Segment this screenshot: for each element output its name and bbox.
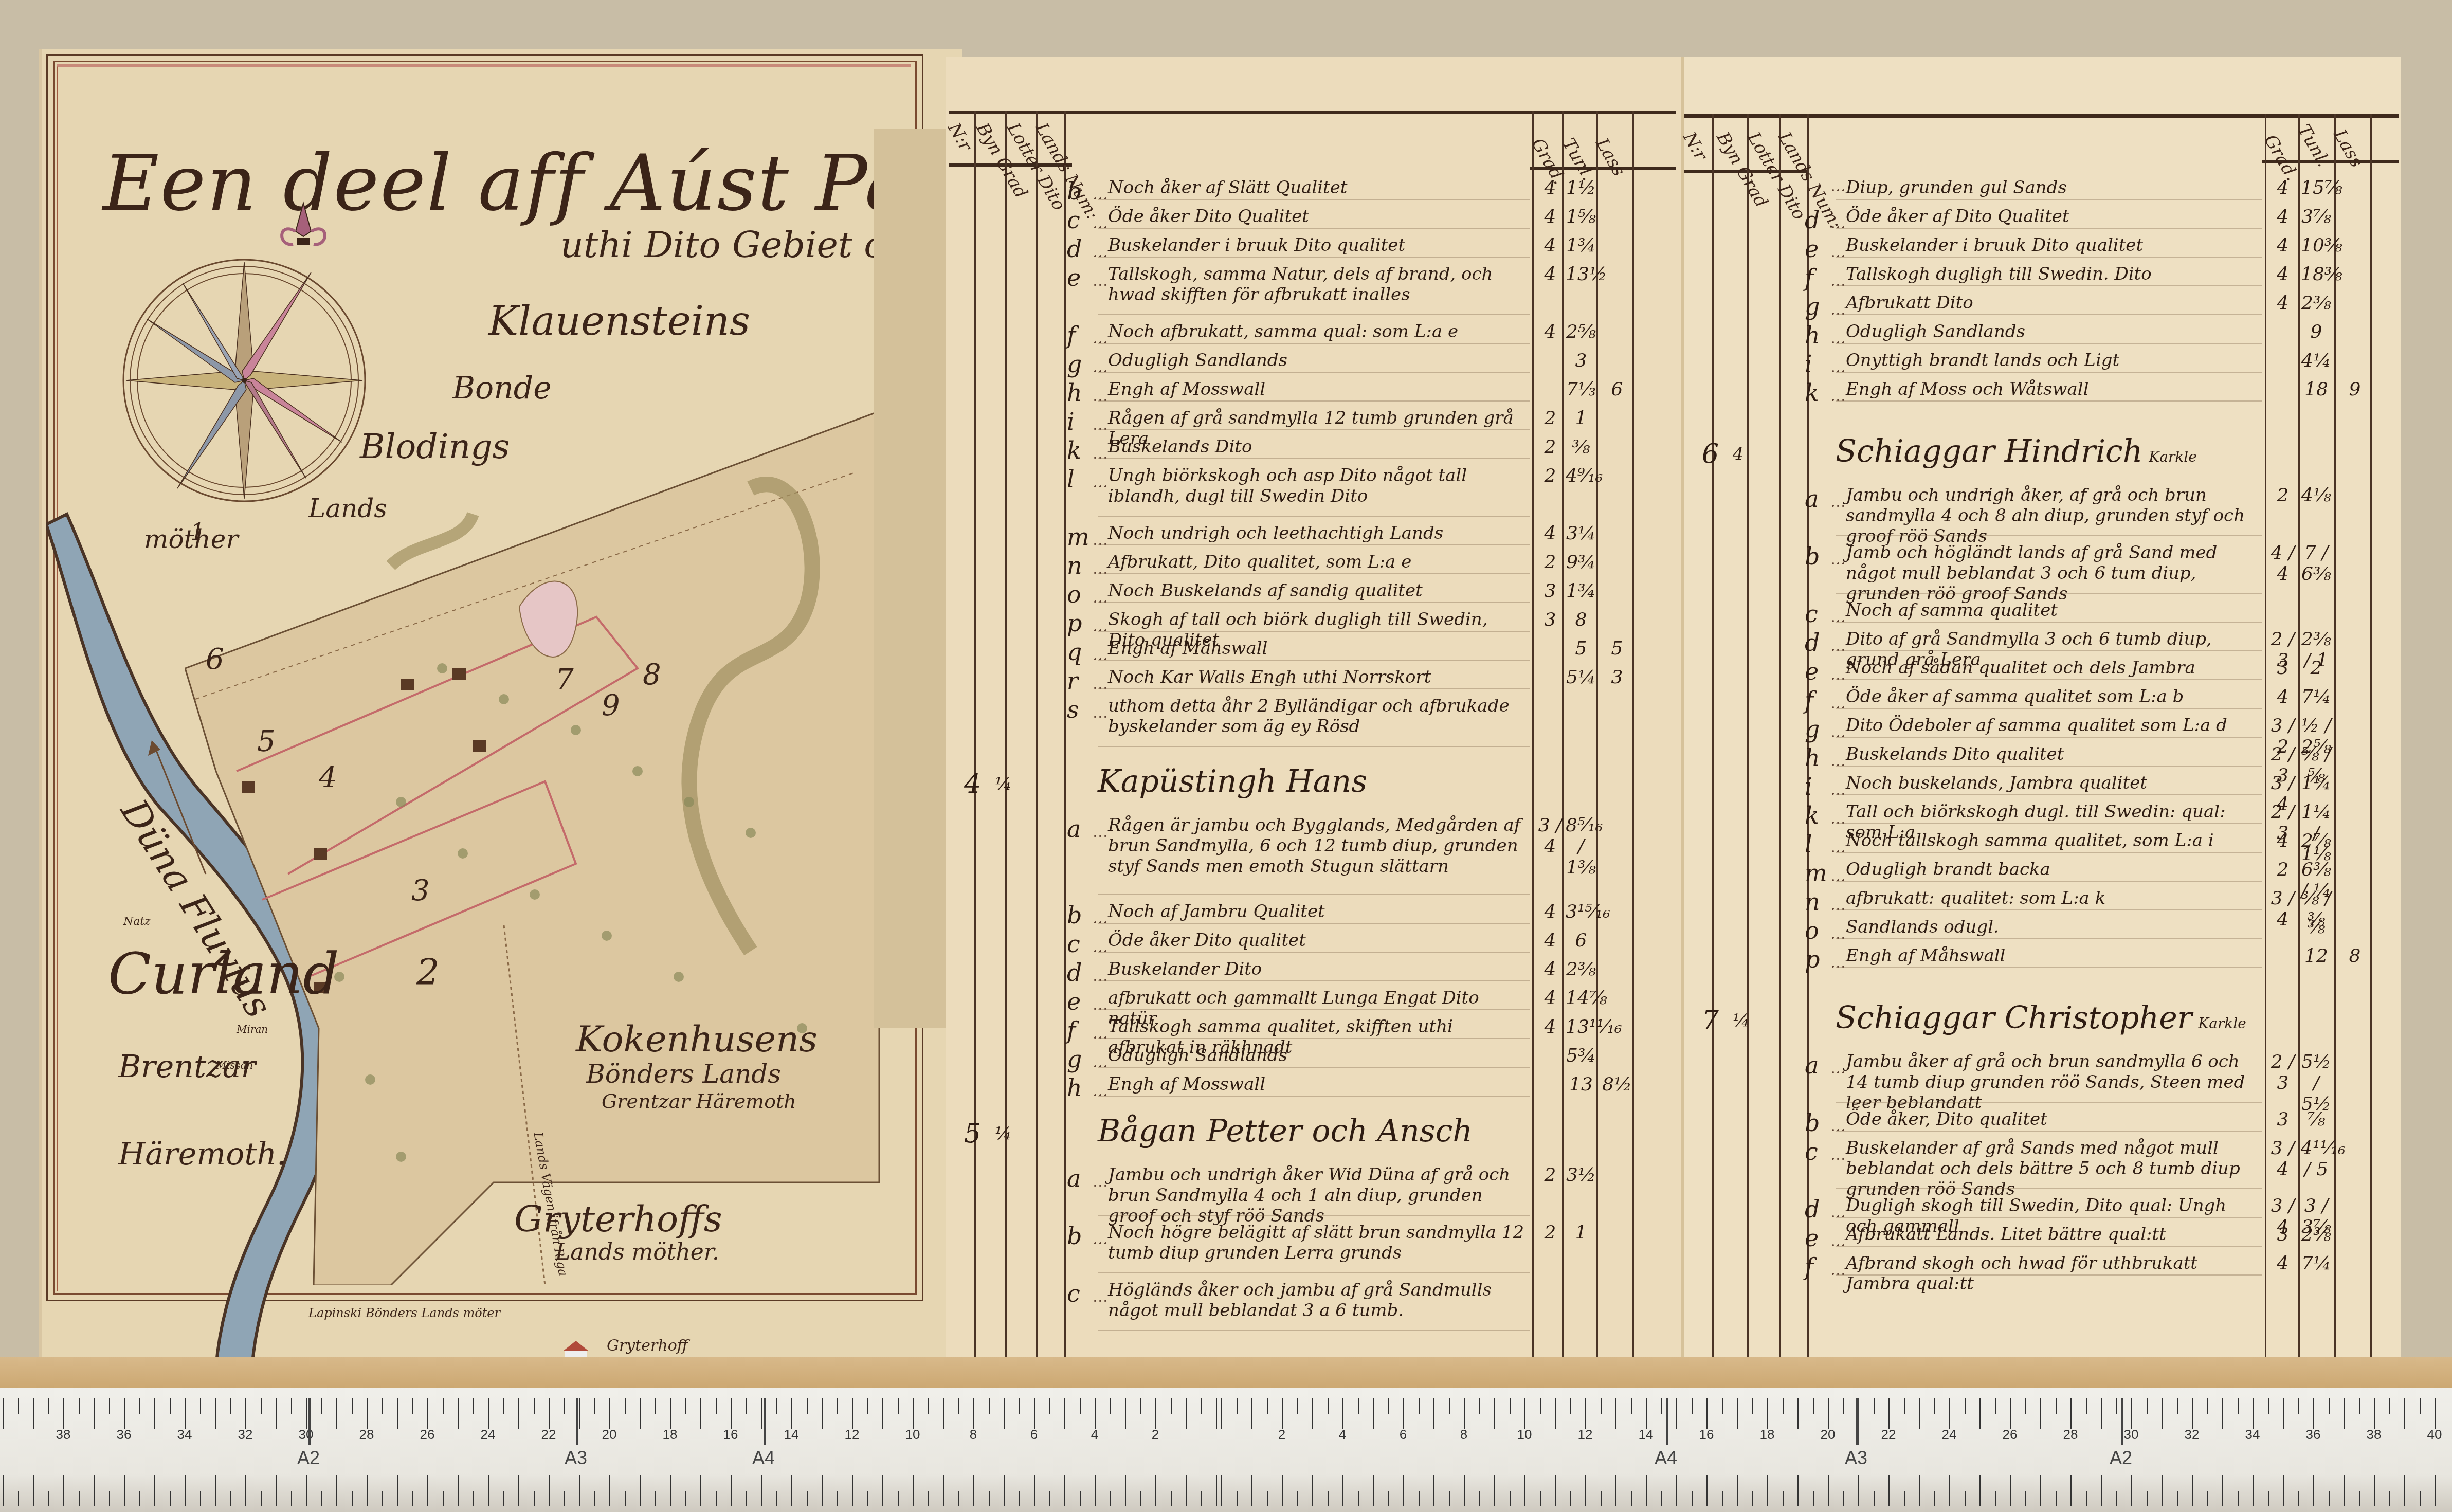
ruler-tick bbox=[79, 1491, 80, 1506]
paper-size-mark: A2 bbox=[2110, 1447, 2132, 1469]
parcel-letter: a bbox=[1067, 815, 1093, 843]
parcel-letter: c bbox=[1805, 600, 1830, 628]
ruler-tick bbox=[2420, 1491, 2421, 1506]
parcel-description: Sandlands odugl. bbox=[1846, 917, 1999, 937]
ruler-number: 22 bbox=[1881, 1427, 1896, 1443]
parcel-letter: h bbox=[1067, 379, 1093, 407]
ruler-number: 24 bbox=[1942, 1427, 1957, 1443]
ruler-tick bbox=[2056, 1398, 2057, 1414]
parcel-description: Noch af sådan qualitet och dels Jambra bbox=[1846, 658, 2195, 678]
parcel-description: Engh af Mosswall bbox=[1108, 1074, 1265, 1095]
ruler-tick bbox=[1328, 1491, 1329, 1506]
grad-value: 4 bbox=[2267, 830, 2298, 851]
leader-dots: … bbox=[1830, 608, 1846, 626]
ruled-line bbox=[1836, 708, 2262, 709]
grad-value: 4 bbox=[1535, 235, 1566, 256]
ruler-tick bbox=[1171, 1398, 1172, 1414]
ruler-tick bbox=[609, 1398, 610, 1429]
ruler-tick bbox=[2040, 1475, 2041, 1506]
ruled-line bbox=[1098, 1272, 1530, 1273]
ruler-tick bbox=[1783, 1491, 1784, 1506]
ruler-tick bbox=[1979, 1398, 1981, 1429]
parcel-description: Tallskogh, samma Natur, dels af brand, o… bbox=[1108, 264, 1524, 305]
ruler-number: 26 bbox=[2003, 1427, 2018, 1443]
ruler-tick bbox=[625, 1398, 626, 1414]
ruler-tick bbox=[579, 1398, 580, 1429]
ruler-tick bbox=[109, 1398, 110, 1414]
ruler-tick bbox=[1828, 1398, 1829, 1429]
ruler-tick bbox=[367, 1475, 368, 1506]
ruler-tick bbox=[1297, 1398, 1298, 1414]
ruled-line bbox=[1836, 343, 2262, 344]
lass-value: 9 bbox=[2339, 379, 2370, 400]
farm-number: 4 bbox=[964, 769, 981, 799]
column-rule bbox=[1747, 114, 1749, 1374]
ruler-tick bbox=[443, 1491, 444, 1506]
ruler-tick bbox=[1646, 1398, 1647, 1429]
tunnland-value: ⅞ bbox=[2301, 1109, 2332, 1130]
ruler-tick bbox=[276, 1398, 277, 1429]
tunnland-value: 14⅞ bbox=[1566, 988, 1596, 1009]
ruler-tick bbox=[185, 1475, 186, 1506]
parcel-letter: b bbox=[1805, 542, 1830, 570]
parcel-number: 9 bbox=[602, 689, 620, 722]
ruled-line bbox=[1836, 967, 2262, 968]
ruler-tick bbox=[427, 1475, 428, 1506]
parcel-letter: c bbox=[1067, 206, 1093, 234]
parcel-description: Jambu och undrigh åker, af grå och brun … bbox=[1846, 485, 2257, 546]
ruler-tick bbox=[1216, 1398, 1217, 1429]
parcel-description: Buskelander af grå Sands med något mull … bbox=[1846, 1138, 2257, 1199]
farmer-name-text: Schiaggar Christopher bbox=[1836, 1000, 2192, 1036]
label-haremoth: Häremoth. bbox=[118, 1136, 286, 1172]
ruler-tick bbox=[791, 1398, 792, 1429]
parcel-letter: b bbox=[1805, 1109, 1830, 1137]
ruler-tick bbox=[1524, 1475, 1525, 1506]
column-rule bbox=[1036, 111, 1038, 1375]
ruler-tick bbox=[685, 1398, 686, 1414]
ruler-tick bbox=[488, 1475, 489, 1506]
leader-dots: … bbox=[1830, 637, 1846, 655]
ruler-tick bbox=[898, 1398, 899, 1414]
leader-dots: … bbox=[1093, 531, 1108, 549]
parcel-letter: c bbox=[1067, 930, 1093, 958]
grad-value: 2 bbox=[1535, 408, 1566, 429]
farmer-note: Karkle bbox=[2149, 448, 2197, 465]
leader-dots: … bbox=[1830, 493, 1846, 511]
lass-value: 8 bbox=[2339, 945, 2370, 967]
tunnland-value: 2⅜ bbox=[2301, 1224, 2332, 1245]
ledger-row: m…Odugligh brandt backa bbox=[1805, 859, 2050, 887]
ruler-tick bbox=[2420, 1398, 2421, 1414]
paper-size-line bbox=[764, 1398, 766, 1445]
ruler-tick bbox=[63, 1475, 64, 1506]
parcel-letter: e bbox=[1805, 235, 1830, 263]
ruler-tick bbox=[2131, 1398, 2132, 1429]
ruler-tick bbox=[1874, 1491, 1875, 1506]
ruled-line bbox=[1098, 894, 1530, 895]
ruler-tick bbox=[1510, 1491, 1511, 1506]
column-rule bbox=[1632, 111, 1634, 1375]
leader-dots: … bbox=[1830, 177, 1846, 195]
ruler-tick bbox=[1221, 1475, 1222, 1506]
ruler-tick bbox=[170, 1491, 171, 1506]
tunnland-value: 8⁵⁄₁₆ / 1⅜ bbox=[1566, 815, 1596, 878]
church-icon bbox=[473, 740, 486, 752]
ruled-line bbox=[1098, 1215, 1530, 1216]
ruled-line bbox=[1836, 622, 2262, 623]
ruler-tick bbox=[867, 1491, 868, 1506]
ruler-tick bbox=[685, 1491, 686, 1506]
grad-value: 4 bbox=[1535, 1016, 1566, 1037]
leader-dots: … bbox=[1093, 1082, 1108, 1100]
ruler-tick bbox=[2192, 1475, 2193, 1506]
ruler-tick bbox=[215, 1475, 216, 1506]
ruler-tick bbox=[1995, 1398, 1996, 1414]
ruled-line bbox=[1836, 535, 2262, 536]
parcel-letter: f bbox=[1067, 321, 1093, 349]
ruler-tick bbox=[412, 1491, 413, 1506]
parcel-description: Buskelander i bruuk Dito qualitet bbox=[1846, 235, 2143, 256]
tunnland-value: 1¾ bbox=[1566, 580, 1596, 602]
leader-dots: … bbox=[1830, 1146, 1846, 1164]
ruler-tick bbox=[412, 1398, 413, 1414]
farmer-name: Kapüstingh Hans bbox=[1098, 763, 1367, 799]
ruled-line bbox=[1098, 1096, 1530, 1097]
ruler-tick bbox=[1858, 1475, 1859, 1506]
ruler-tick bbox=[2268, 1398, 2269, 1414]
leader-dots: … bbox=[1830, 551, 1846, 569]
grad-value: 2 bbox=[2267, 485, 2298, 506]
ruler-tick bbox=[1706, 1398, 1708, 1429]
ruler-tick bbox=[124, 1475, 125, 1506]
leader-dots: … bbox=[1093, 387, 1108, 405]
farmer-name: Bågan Petter och Ansch bbox=[1098, 1113, 1473, 1149]
ruler-tick bbox=[989, 1491, 990, 1506]
ruler-tick bbox=[1237, 1491, 1238, 1506]
ruled-line bbox=[1098, 314, 1530, 315]
fleur-de-lis-icon bbox=[273, 201, 334, 272]
parcel-description: Buskelander Dito bbox=[1108, 959, 1262, 979]
ruler-tick bbox=[1965, 1398, 1966, 1414]
parcel-letter: s bbox=[1067, 696, 1093, 723]
grad-value: 4 bbox=[1535, 988, 1566, 1009]
parcel-description: Afbrukatt Lands. Litet bättre qual:tt bbox=[1846, 1224, 2166, 1245]
grad-value: 4 / 4 bbox=[2267, 542, 2298, 585]
ledger-row: i…Onyttigh brandt lands och Ligt bbox=[1805, 350, 2119, 378]
parcel-letter: k bbox=[1805, 379, 1830, 407]
parcel-letter: l bbox=[1067, 465, 1093, 493]
leader-dots: … bbox=[1093, 996, 1108, 1014]
parcel-description: Högländs åker och jambu af grå Sandmulls… bbox=[1108, 1280, 1524, 1321]
ruler-number: 38 bbox=[2367, 1427, 2382, 1443]
label-blodings: Blodings bbox=[360, 427, 510, 466]
ruler-tick bbox=[2162, 1398, 2163, 1429]
ruler-number: 26 bbox=[420, 1427, 435, 1443]
ruler-tick bbox=[18, 1398, 19, 1414]
paper-size-line bbox=[1666, 1398, 1668, 1445]
ruler-tick bbox=[1080, 1398, 1081, 1414]
parcel-number: 4 bbox=[319, 761, 337, 794]
parcel-description: Dito Ödeboler af samma qualitet som L:a … bbox=[1846, 715, 2227, 736]
ruler-tick bbox=[1237, 1398, 1238, 1414]
ruler-tick bbox=[518, 1398, 519, 1429]
ruler-tick bbox=[1419, 1491, 1420, 1506]
ruled-line bbox=[1836, 1131, 2262, 1132]
ruler-tick bbox=[716, 1398, 717, 1414]
parcel-letter: b bbox=[1067, 177, 1093, 205]
ruler-tick bbox=[63, 1398, 64, 1429]
parcel-description: Jamb och högländt lands af grå Sand med … bbox=[1846, 542, 2257, 604]
ruled-line bbox=[1836, 938, 2262, 939]
ruled-line bbox=[1836, 1102, 2262, 1103]
ruler-number: 40 bbox=[2427, 1427, 2442, 1443]
parcel-letter: k bbox=[1805, 801, 1830, 829]
ruler-tick bbox=[458, 1475, 459, 1506]
parcel-description: Tallskogh dugligh till Swedin. Dito bbox=[1846, 264, 2152, 284]
ruled-line bbox=[1836, 1246, 2262, 1247]
ruler-tick bbox=[2207, 1398, 2208, 1414]
paper-size-line bbox=[576, 1398, 578, 1445]
tunnland-value: 1 bbox=[1566, 1222, 1596, 1243]
parcel-letter: c bbox=[1805, 1138, 1830, 1165]
ledger-row: b…Noch åker af Slätt Qualitet bbox=[1067, 177, 1348, 205]
ruler-number: 30 bbox=[299, 1427, 314, 1443]
ruler-tick bbox=[1888, 1475, 1890, 1506]
tunnland-value: 4¹¹⁄₁₆ / 5 bbox=[2301, 1138, 2332, 1180]
ruled-line bbox=[1098, 602, 1530, 603]
ruled-line bbox=[1098, 400, 1530, 402]
column-rule bbox=[2265, 114, 2266, 1374]
ruler-tick bbox=[321, 1398, 322, 1414]
parcel-description: Engh af Mosswall bbox=[1108, 379, 1265, 399]
grad-value: 4 bbox=[1535, 206, 1566, 227]
tunnland-value: 3 bbox=[1566, 350, 1596, 371]
tunnland-value: 5 bbox=[1566, 638, 1596, 659]
ruled-line bbox=[1098, 228, 1530, 229]
ruler-tick bbox=[200, 1491, 201, 1506]
parcel-letter: l bbox=[1805, 830, 1830, 858]
ruler-number: 8 bbox=[1460, 1427, 1467, 1443]
leader-dots: … bbox=[1830, 954, 1846, 972]
ruler-tick bbox=[1312, 1475, 1313, 1506]
grad-value: 3 / 4 bbox=[1535, 815, 1566, 857]
label-gryterhoff-bottom: Gryterhoff bbox=[607, 1337, 688, 1355]
ruler-tick bbox=[1797, 1475, 1799, 1506]
ruler-tick bbox=[807, 1398, 808, 1414]
tunnland-value: 13¹¹⁄₁₆ bbox=[1566, 1016, 1596, 1037]
ruler-tick bbox=[1934, 1491, 1935, 1506]
ruler-tick bbox=[291, 1398, 292, 1414]
ruler-tick bbox=[261, 1491, 262, 1506]
ruler-tick bbox=[1419, 1398, 1420, 1414]
ruler-tick bbox=[609, 1475, 610, 1506]
ruler-tick bbox=[2268, 1491, 2269, 1506]
ruler-tick bbox=[549, 1475, 550, 1506]
ruler-tick bbox=[564, 1398, 565, 1414]
ruler-tick bbox=[913, 1398, 914, 1429]
ruler-tick bbox=[2389, 1398, 2390, 1414]
ruler-tick bbox=[882, 1398, 883, 1429]
ruler-tick bbox=[503, 1491, 504, 1506]
farm-number: 7 bbox=[1702, 1005, 1719, 1036]
ledger-row: e…Buskelander i bruuk Dito qualitet bbox=[1805, 235, 2143, 263]
column-rule bbox=[1562, 111, 1564, 1375]
ledger-row: b…Noch högre belägitt af slätt brun sand… bbox=[1067, 1222, 1524, 1263]
leader-dots: … bbox=[1830, 781, 1846, 799]
ruler-tick bbox=[503, 1398, 504, 1414]
tunnland-value: 7 / 6⅜ bbox=[2301, 542, 2332, 585]
ruler-tick bbox=[1433, 1398, 1434, 1429]
header-rule bbox=[1684, 114, 2399, 118]
label-kokenhusens: Kokenhusens bbox=[576, 1018, 818, 1060]
ruler-tick bbox=[336, 1398, 337, 1429]
ledger-row: d…Buskelander Dito bbox=[1067, 959, 1262, 987]
ruler-tick bbox=[852, 1475, 853, 1506]
ruler-tick bbox=[807, 1491, 808, 1506]
parcel-description: uthom detta åhr 2 Bylländigar och afbruk… bbox=[1108, 696, 1524, 737]
parcel-letter: g bbox=[1067, 1045, 1093, 1073]
ruled-line bbox=[1836, 228, 2262, 229]
grad-value: 4 bbox=[1535, 177, 1566, 198]
ruler-number: 32 bbox=[2185, 1427, 2200, 1443]
ruled-line bbox=[1098, 257, 1530, 258]
parcel-description: Noch högre belägitt af slätt brun sandmy… bbox=[1108, 1222, 1524, 1263]
ruler-tick bbox=[473, 1398, 474, 1414]
ruler-tick bbox=[33, 1475, 34, 1506]
tunnland-value: 2 bbox=[2301, 658, 2332, 679]
ruler-tick bbox=[1813, 1491, 1814, 1506]
ruler-tick bbox=[716, 1491, 717, 1506]
ruler-number: 12 bbox=[845, 1427, 860, 1443]
ruler-number: 28 bbox=[359, 1427, 374, 1443]
ruler-tick bbox=[1125, 1475, 1126, 1506]
ruler-number: 20 bbox=[602, 1427, 617, 1443]
ruler-tick bbox=[1585, 1475, 1586, 1506]
ruled-line bbox=[1098, 516, 1530, 517]
parcel-description: Engh af Måhswall bbox=[1108, 638, 1267, 659]
ruler-number: 34 bbox=[2245, 1427, 2260, 1443]
ruler-tick bbox=[1737, 1475, 1738, 1506]
ruler-tick bbox=[200, 1398, 201, 1414]
parcel-letter: n bbox=[1067, 552, 1093, 579]
parcel-letter: d bbox=[1067, 959, 1093, 987]
label-missan: Missan bbox=[216, 1059, 253, 1071]
ruler-tick bbox=[1342, 1475, 1343, 1506]
ruler-number: 34 bbox=[177, 1427, 192, 1443]
farm-share: ¼ bbox=[995, 774, 1012, 794]
parcel-letter: d bbox=[1067, 235, 1093, 263]
ruled-line bbox=[1098, 1330, 1530, 1331]
ruler-tick bbox=[1049, 1491, 1050, 1506]
ledger-row: s…uthom detta åhr 2 Bylländigar och afbr… bbox=[1067, 696, 1524, 737]
ruler-tick bbox=[1004, 1475, 1005, 1506]
ruler-tick bbox=[1797, 1398, 1799, 1429]
paper-size-line bbox=[308, 1398, 311, 1445]
ruler-tick bbox=[48, 1491, 49, 1506]
ruled-line bbox=[1836, 1274, 2262, 1276]
ruler-tick bbox=[1737, 1398, 1738, 1429]
ruler-tick bbox=[170, 1398, 171, 1414]
ruler-tick bbox=[837, 1491, 838, 1506]
ruler-tick bbox=[2435, 1398, 2436, 1429]
tunnland-value: 1¾ bbox=[1566, 235, 1596, 256]
tunnland-value: 3¼ bbox=[1566, 523, 1596, 544]
ruler-tick bbox=[1201, 1491, 1202, 1506]
ruler-tick bbox=[473, 1491, 474, 1506]
leader-dots: … bbox=[1830, 272, 1846, 290]
leader-dots: … bbox=[1830, 243, 1846, 261]
tunnland-value: 9 bbox=[2301, 321, 2332, 342]
ruler-tick bbox=[2238, 1491, 2239, 1506]
ruled-line bbox=[1098, 952, 1530, 953]
ruled-line bbox=[1836, 881, 2262, 882]
ruled-line bbox=[1836, 285, 2262, 286]
paper-size-line bbox=[1856, 1398, 1859, 1445]
ruler-tick bbox=[776, 1398, 777, 1414]
label-klauensteins: Klauensteins bbox=[488, 298, 750, 344]
ruler-tick bbox=[1783, 1398, 1784, 1414]
ruler-tick bbox=[746, 1491, 747, 1506]
ruler-number: 2 bbox=[1278, 1427, 1285, 1443]
ruler-tick bbox=[1540, 1491, 1541, 1506]
farmer-name-text: Schiaggar Hindrich bbox=[1836, 433, 2142, 469]
ruler-tick bbox=[2116, 1491, 2117, 1506]
ruler-tick bbox=[1297, 1491, 1298, 1506]
ruler-tick bbox=[700, 1475, 701, 1506]
leader-dots: … bbox=[1093, 416, 1108, 434]
ruler-tick bbox=[291, 1491, 292, 1506]
paper-size-mark: A4 bbox=[1655, 1447, 1677, 1469]
ruler-tick bbox=[367, 1398, 368, 1429]
tunnland-value: 3¹⁵⁄₁₆ bbox=[1566, 901, 1596, 922]
leader-dots: … bbox=[1830, 723, 1846, 741]
ledger-row: n…Afbrukatt, Dito qualitet, som L:a e bbox=[1067, 552, 1411, 579]
grad-value: 4 bbox=[1535, 959, 1566, 980]
tunnland-value: 5¼ bbox=[1566, 667, 1596, 688]
ledger-row: f…Öde åker af samma qualitet som L:a b bbox=[1805, 686, 2184, 714]
ruler-tick bbox=[1706, 1475, 1708, 1506]
ruler-number: 20 bbox=[1821, 1427, 1836, 1443]
ruled-line bbox=[1098, 688, 1530, 689]
parcel-letter: a bbox=[1805, 1051, 1830, 1079]
ruler-tick bbox=[1388, 1398, 1389, 1414]
ruler-tick bbox=[79, 1398, 80, 1414]
ruler-tick bbox=[245, 1398, 246, 1429]
ruler-number: 16 bbox=[723, 1427, 738, 1443]
ledger-row: c…Öde åker Dito qualitet bbox=[1067, 930, 1306, 958]
ruler-tick bbox=[1282, 1475, 1283, 1506]
leader-dots: … bbox=[1093, 272, 1108, 290]
label-lands-mother: Lands möther. bbox=[555, 1239, 719, 1265]
parcel-letter: g bbox=[1805, 293, 1830, 320]
parcel-description: Afbrukatt, Dito qualitet, som L:a e bbox=[1108, 552, 1411, 572]
ruler-tick bbox=[94, 1475, 95, 1506]
ledger-row: f…Noch afbrukatt, samma qual: som L:a e bbox=[1067, 321, 1458, 349]
ruled-line bbox=[1098, 1067, 1530, 1068]
label-lands: Lands bbox=[308, 494, 387, 523]
ruler-tick bbox=[761, 1475, 762, 1506]
leader-dots: … bbox=[1093, 473, 1108, 491]
parcel-letter: i bbox=[1067, 408, 1093, 435]
ruler-tick bbox=[2162, 1475, 2163, 1506]
ruled-line bbox=[1836, 1188, 2262, 1189]
ruler-tick bbox=[670, 1398, 671, 1429]
ruler-tick bbox=[1479, 1398, 1480, 1414]
ruler-tick bbox=[776, 1491, 777, 1506]
ledger-row: p…Engh af Måhswall bbox=[1805, 945, 2005, 973]
ruler-tick bbox=[1186, 1475, 1187, 1506]
